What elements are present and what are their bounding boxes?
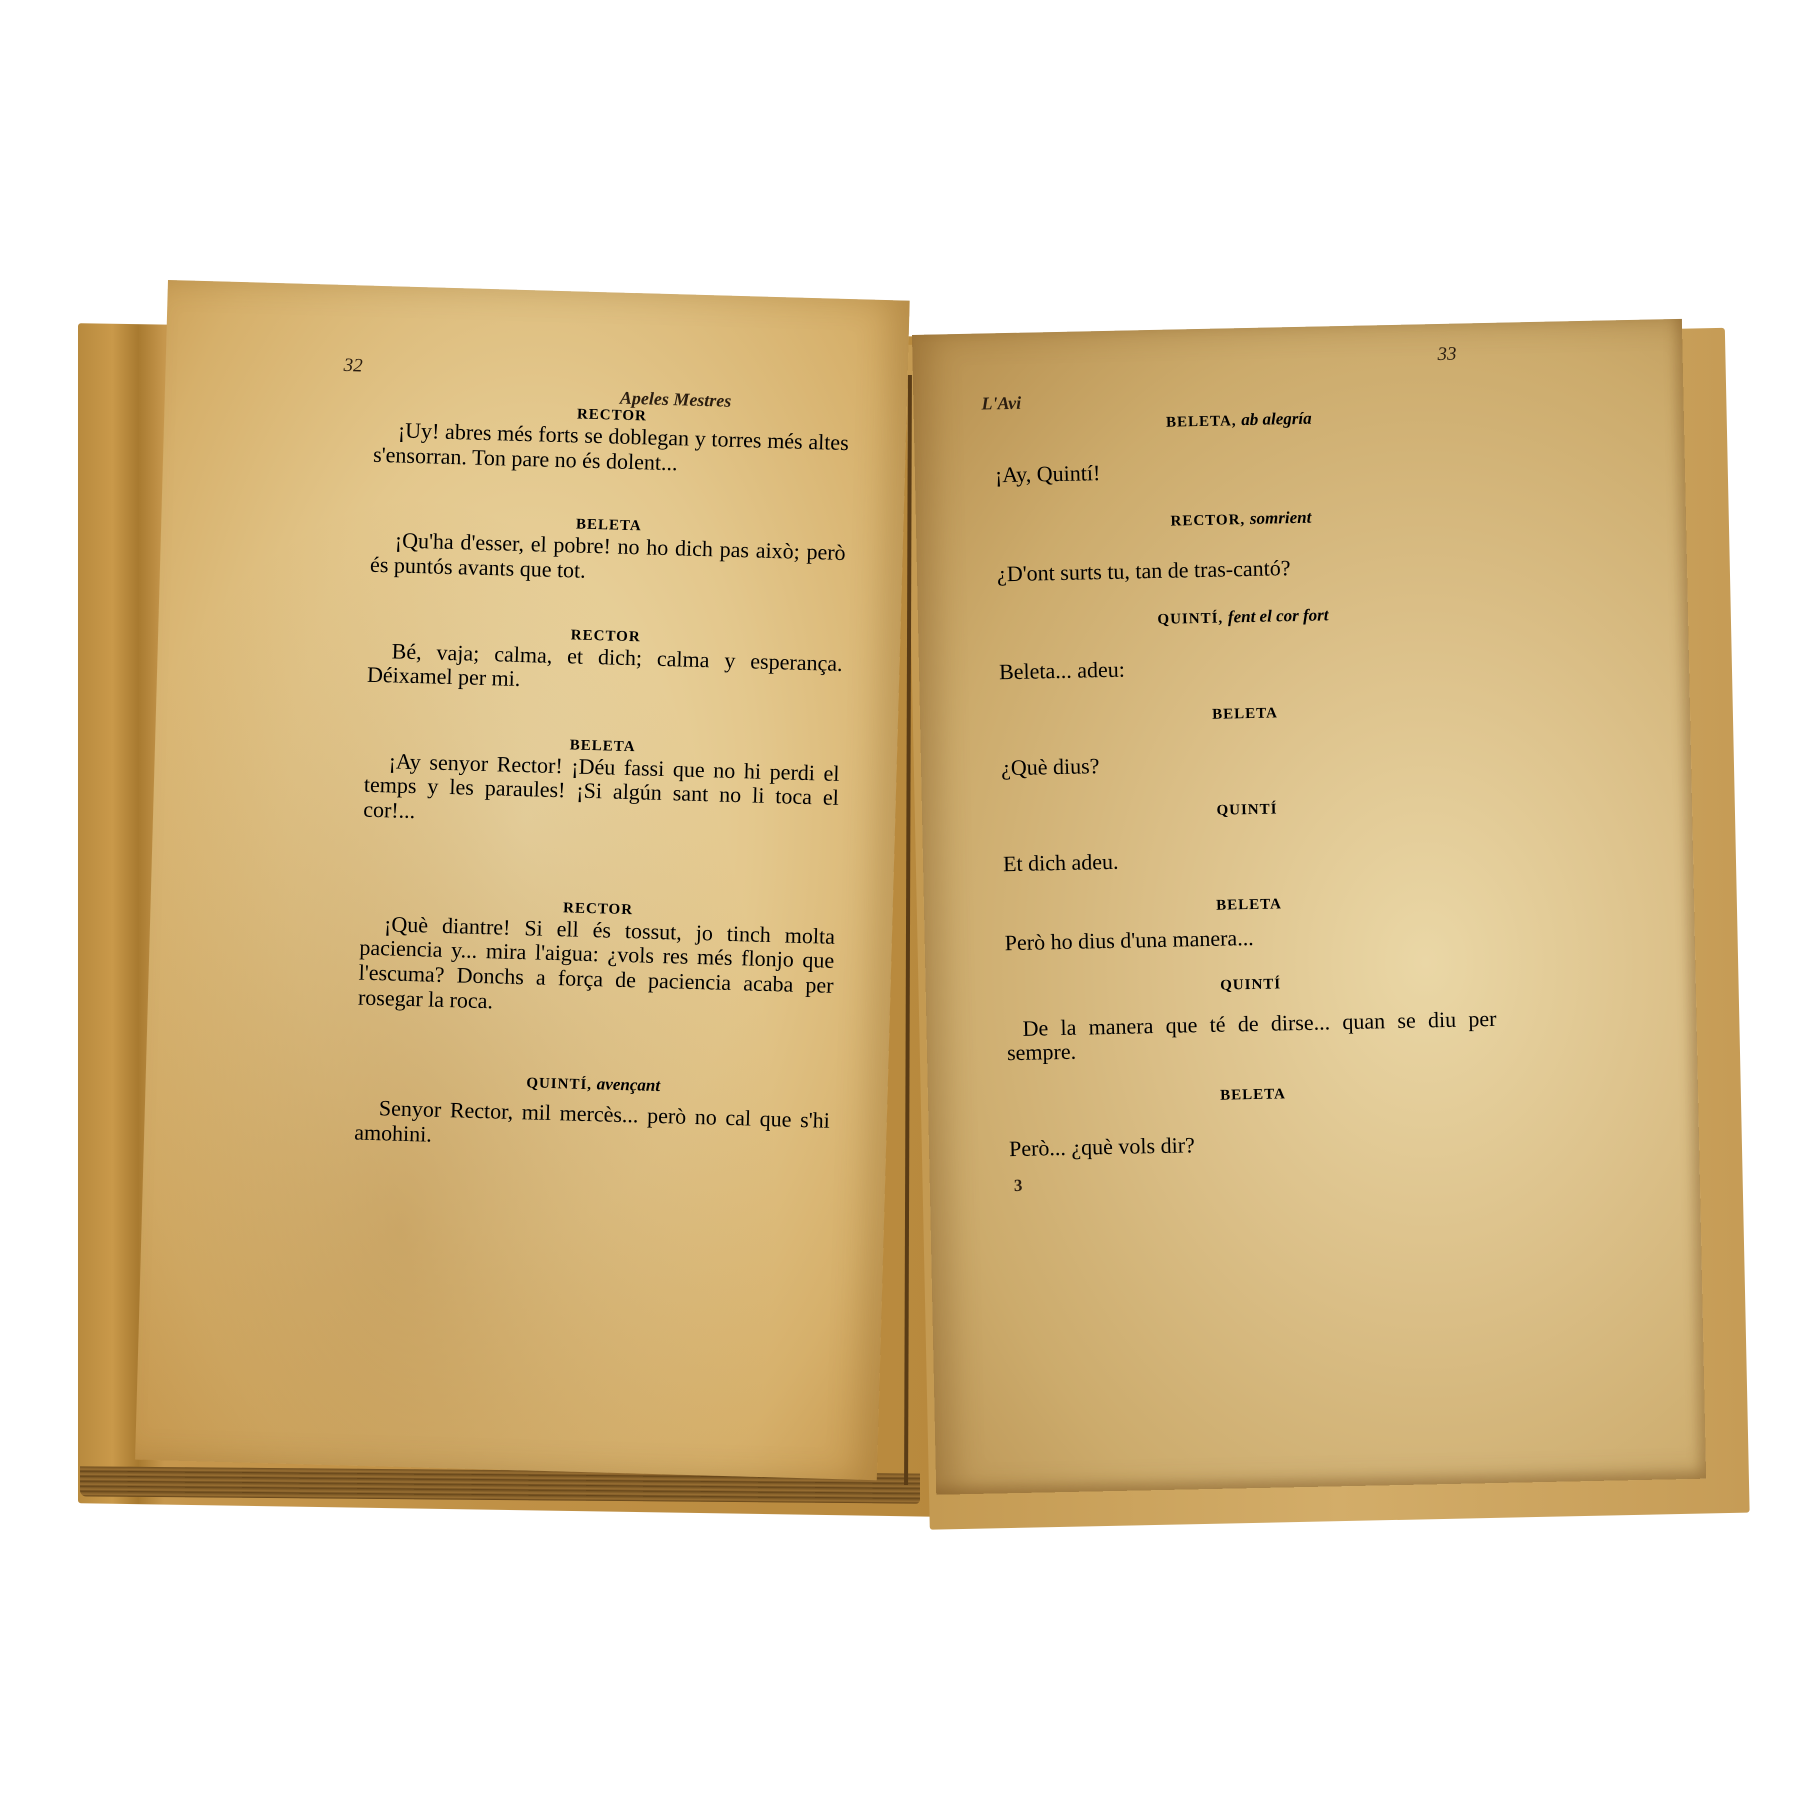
left-page-text: RECTOR ¡Uy! abres més forts se doblegan … — [353, 401, 850, 1202]
speaker-name: BELETA — [1000, 701, 1490, 728]
speech-text: ¡Què diantre! Si ell és tossut, jo tinch… — [358, 911, 836, 1023]
dialogue-block: RECTOR, somrient ¿D'ont surts tu, tan de… — [996, 504, 1487, 587]
dialogue-block: RECTOR Bé, vaja; calma, et dich; calma y… — [367, 621, 844, 700]
speech-text: ¡Uy! abres més forts se doblegan y torre… — [373, 418, 849, 480]
speech-text: Beleta... adeu: — [999, 650, 1489, 685]
right-page-text: BELETA, ab alegría ¡Ay, Quintí! RECTOR, … — [994, 405, 1500, 1208]
dialogue-block: BELETA ¿Què dius? — [1000, 701, 1491, 781]
page-number-left: 32 — [343, 355, 363, 378]
dialogue-block: QUINTÍ, avençant Senyor Rector, mil merc… — [354, 1068, 831, 1158]
stage-direction: somrient — [1250, 507, 1312, 527]
dialogue-block: RECTOR ¡Què diantre! Si ell és tossut, j… — [358, 894, 836, 1023]
stage-direction: ab alegría — [1241, 409, 1312, 429]
page-number-right: 33 — [1437, 344, 1456, 366]
dialogue-block: RECTOR ¡Uy! abres més forts se doblegan … — [373, 401, 850, 480]
speaker-name: BELETA — [1004, 892, 1494, 919]
speech-text: Però ho dius d'una manera... — [1005, 921, 1495, 956]
dialogue-block: QUINTÍ, fent el cor fort Beleta... adeu: — [998, 602, 1489, 685]
speech-text: Et dich adeu. — [1003, 841, 1493, 876]
speech-text: De la manera que té de dirse... quan se … — [1006, 1007, 1497, 1067]
dialogue-block: QUINTÍ Et dich adeu. — [1002, 796, 1493, 876]
speaker-with-direction: QUINTÍ, fent el cor fort — [998, 602, 1488, 632]
signature-mark: 3 — [1014, 1165, 1504, 1195]
speaker-name: BELETA — [1166, 413, 1232, 430]
dialogue-block: BELETA Però... ¿què vols dir? — [1008, 1082, 1499, 1162]
speaker-name: RECTOR — [1170, 512, 1240, 529]
dialogue-block: QUINTÍ De la manera que té de dirse... q… — [1006, 972, 1498, 1066]
speech-text: ¡Qu'ha d'esser, el pobre! no ho dich pas… — [370, 528, 846, 590]
dialogue-block: BELETA, ab alegría ¡Ay, Quintí! — [994, 405, 1485, 488]
speaker-name: BELETA — [1008, 1082, 1498, 1109]
speech-text: ¿D'ont surts tu, tan de tras-cantó? — [997, 552, 1487, 587]
running-head-title: L'Avi — [981, 393, 1021, 415]
speaker-name: QUINTÍ — [526, 1075, 587, 1093]
speaker-name: QUINTÍ — [1157, 611, 1218, 628]
speech-text: ¡Ay, Quintí! — [995, 453, 1485, 488]
speech-text: ¡Ay senyor Rector! ¡Déu fassi que no hi … — [363, 748, 840, 835]
dialogue-block: BELETA ¡Qu'ha d'esser, el pobre! no ho d… — [370, 511, 847, 590]
open-book: 32 Apeles Mestres RECTOR ¡Uy! abres més … — [0, 0, 1800, 1800]
speaker-with-direction: BELETA, ab alegría — [994, 405, 1484, 435]
speech-text: Però... ¿què vols dir? — [1009, 1127, 1499, 1162]
stage-direction: fent el cor fort — [1228, 606, 1329, 627]
right-page: 33 L'Avi BELETA, ab alegría ¡Ay, Quintí!… — [912, 319, 1706, 1495]
speaker-with-direction: RECTOR, somrient — [996, 504, 1486, 534]
speech-text: ¿Què dius? — [1001, 746, 1491, 781]
speaker-name: QUINTÍ — [1002, 796, 1492, 823]
stage-direction: avençant — [597, 1074, 661, 1095]
dialogue-block: BELETA ¡Ay senyor Rector! ¡Déu fassi que… — [363, 731, 840, 835]
left-page: 32 Apeles Mestres RECTOR ¡Uy! abres més … — [135, 280, 910, 1480]
dialogue-block: BELETA Però ho dius d'una manera... — [1004, 892, 1495, 956]
speech-text: Senyor Rector, mil mercès... però no cal… — [354, 1096, 830, 1158]
speaker-name: QUINTÍ — [1006, 972, 1496, 999]
